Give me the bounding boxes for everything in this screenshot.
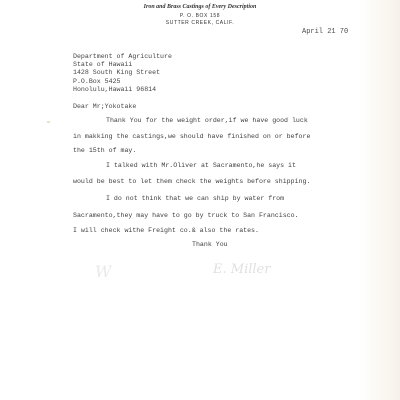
address-line: Department of Agriculture — [73, 53, 172, 61]
address-line: Honolulu,Hawaii 96814 — [73, 86, 172, 94]
body-line: in makking the castings,we should have f… — [73, 133, 310, 140]
company-city: SUTTER CREEK, CALIF. — [140, 20, 260, 26]
body-line: I will check withe Freight co.& also the… — [73, 227, 259, 234]
signature: E. Miller — [213, 262, 313, 284]
salutation: Dear Mr;Yokotake — [73, 103, 136, 110]
letter-page: FOUNDRY AND MACHINE SHOP Iron and Brass … — [0, 0, 400, 400]
address-line: 1428 South King Street — [73, 69, 172, 77]
initials-mark: W — [95, 262, 135, 296]
company-po-box: P. O. BOX 158 — [140, 13, 260, 19]
body-line: Sacramento,they may have to go by truck … — [73, 212, 299, 219]
body-line: would be best to let them check the weig… — [73, 178, 310, 185]
recipient-address: Department of Agriculture State of Hawai… — [73, 53, 172, 94]
address-line: State of Hawaii — [73, 61, 172, 69]
company-tagline: Iron and Brass Castings of Every Descrip… — [120, 4, 280, 10]
closing: Thank You — [192, 241, 228, 248]
letter-date: April 21 70 — [302, 28, 348, 36]
paper-mark — [47, 121, 50, 123]
body-line: Thank You for the weight order,if we hav… — [106, 117, 308, 124]
body-line: I talked with Mr.Oliver at Sacramento,he… — [106, 162, 296, 169]
body-line: the 15th of may. — [73, 147, 136, 154]
address-line: P.O.Box 5425 — [73, 78, 172, 86]
body-line: I do not think that we can ship by water… — [106, 195, 284, 202]
